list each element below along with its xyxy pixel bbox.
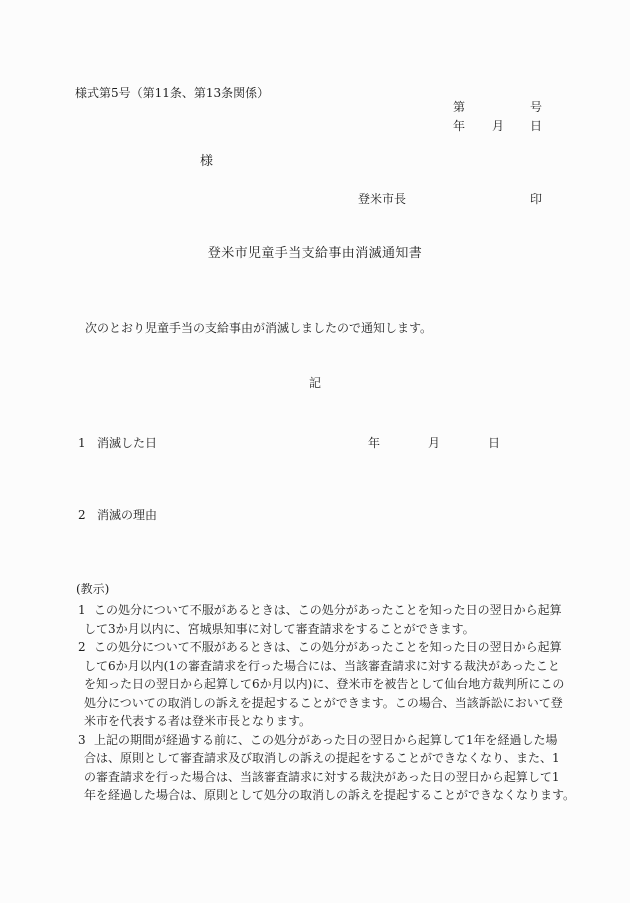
record-marker: 記	[0, 376, 630, 391]
form-number: 様式第5号（第11条、第13条関係）	[75, 86, 269, 101]
notice-line: 年を経過した場合は、原則として処分の取消しの訴えを提起することができなくなります…	[75, 786, 567, 805]
notice-line: 処分についての取消しの訴えを提起することができます。この場合、当該訴訟において登	[75, 694, 567, 713]
notice-item-number: 3	[75, 731, 94, 750]
notice-line: 1この処分について不服があるときは、この処分があったことを知った日の翌日から起算	[75, 601, 567, 620]
notice-line-text: 上記の期間が経過する前に、この処分があった日の翌日から起算して1年を経過した場	[94, 733, 558, 747]
notice-line-text: この処分について不服があるときは、この処分があったことを知った日の翌日から起算	[94, 603, 562, 617]
document-page: 様式第5号（第11条、第13条関係） 第 号 年 月 日 様 登米市長 印 登米…	[0, 0, 630, 903]
notice-line: を知った日の翌日から起算して6か月以内)に、登米市を被告として仙台地方裁判所にこ…	[75, 675, 567, 694]
issuer-title: 登米市長	[358, 192, 406, 207]
addressee-honorific: 様	[200, 154, 213, 170]
notice-line-text: この処分について不服があるときは、この処分があったことを知った日の翌日から起算	[94, 640, 562, 654]
body-text: 次のとおり児童手当の支給事由が消滅しましたので通知します。	[85, 321, 432, 336]
item-number: 2	[78, 508, 86, 523]
notice-item-number: 2	[75, 638, 94, 657]
document-number-prefix: 第	[453, 100, 465, 115]
item-number: 1	[78, 436, 86, 451]
notice-line: して6か月以内(1の審査請求を行った場合には、当該審査請求に対する裁決があったこ…	[75, 657, 567, 676]
item-date-year-label: 年	[368, 436, 380, 451]
issue-date-month-label: 月	[492, 119, 504, 134]
notice-line: 2この処分について不服があるときは、この処分があったことを知った日の翌日から起算	[75, 638, 567, 657]
notice-heading: (教示)	[76, 582, 109, 597]
item-date-day-label: 日	[488, 436, 500, 451]
notice-line: 米市を代表する者は登米市長となります。	[75, 712, 567, 731]
notice-line: の審査請求を行った場合は、当該審査請求に対する裁決があった日の翌日から起算して1	[75, 768, 567, 787]
notice-item-2: 2この処分について不服があるときは、この処分があったことを知った日の翌日から起算…	[75, 638, 567, 731]
issue-date-day-label: 日	[530, 119, 542, 134]
notice-line: して3か月以内に、宮城県知事に対して審査請求をすることができます。	[75, 620, 567, 639]
notice-item-number: 1	[75, 601, 94, 620]
notice-item-3: 3上記の期間が経過する前に、この処分があった日の翌日から起算して1年を経過した場…	[75, 731, 567, 805]
notice-line: 合は、原則として審査請求及び取消しの訴えの提起をすることができなくなり、また、1	[75, 749, 567, 768]
notice-line: 3上記の期間が経過する前に、この処分があった日の翌日から起算して1年を経過した場	[75, 731, 567, 750]
issue-date-year-label: 年	[453, 119, 465, 134]
item-date-month-label: 月	[428, 436, 440, 451]
document-title: 登米市児童手当支給事由消滅通知書	[0, 246, 630, 262]
seal-placeholder: 印	[530, 192, 542, 207]
item-label: 消滅の理由	[97, 508, 157, 523]
document-number-suffix: 号	[530, 100, 542, 115]
notice-item-1: 1この処分について不服があるときは、この処分があったことを知った日の翌日から起算…	[75, 601, 567, 638]
notice-section: 1この処分について不服があるときは、この処分があったことを知った日の翌日から起算…	[75, 601, 567, 805]
item-label: 消滅した日	[97, 436, 157, 451]
